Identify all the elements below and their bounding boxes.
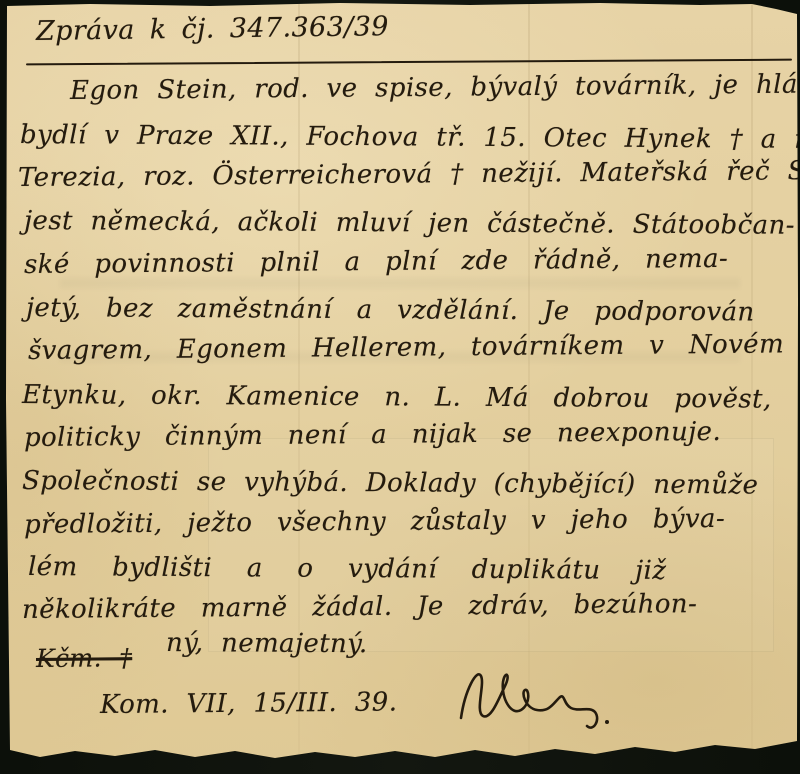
handwritten-line: ské povinnosti plnil a plní zde řádně, n… — [24, 244, 728, 280]
handwritten-line: Egon Stein, rod. ve spise, bývalý továrn… — [70, 69, 800, 106]
handwritten-line: Etynku, okr. Kamenice n. L. Má dobrou po… — [22, 380, 772, 415]
aged-paper-sheet: Zpráva k čj. 347.363/39 Egon Stein, rod.… — [0, 0, 800, 774]
signature-scrawl — [455, 660, 655, 738]
handwritten-line: Společnosti se vyhýbá. Doklady (chybějíc… — [22, 466, 759, 500]
header-reference: Zpráva k čj. 347.363/39 — [36, 11, 389, 47]
handwritten-line: několikráte marně žádal. Je zdráv, bezúh… — [22, 589, 697, 625]
scanned-handwritten-report: { "page": { "header": { "reference": "Zp… — [0, 0, 800, 774]
handwritten-line: jest německá, ačkoli mluví jen částečně.… — [24, 206, 795, 241]
handwritten-line: Terezia, roz. Österreicherová † nežijí. … — [18, 156, 800, 193]
show-through-ghost — [60, 278, 740, 288]
continuation-text: ný, nemajetný. — [166, 628, 368, 659]
header-underline-stroke — [26, 59, 792, 66]
handwritten-line: jetý, bez zaměstnání a vzdělání. Je podp… — [26, 293, 755, 327]
handwritten-line: předložiti, ježto všechny zůstaly v jeho… — [24, 504, 725, 540]
strikethrough-note: Kčm. † — [36, 643, 132, 673]
handwritten-line: lém bydlišti a o vydání duplikátu již — [28, 552, 667, 586]
handwritten-line: politicky činným není a nijak se neexpon… — [24, 417, 721, 453]
handwritten-line: bydlí v Praze XII., Fochova tř. 15. Otec… — [20, 120, 800, 155]
date-place-line: Kom. VII, 15/III. 39. — [100, 687, 398, 720]
